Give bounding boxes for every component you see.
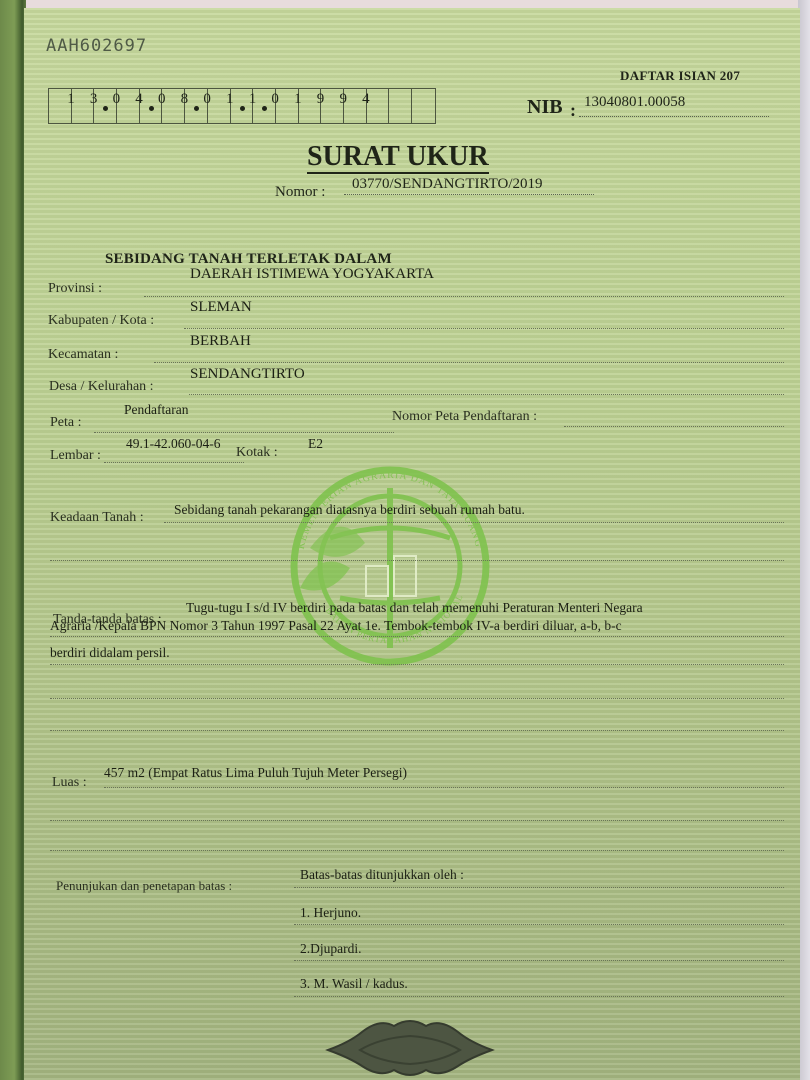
kementerian-agraria-emblem-icon: KEMENTERIAN AGRARIA DAN TATA RUANG BADAN… — [270, 448, 510, 684]
separator-dot-icon — [194, 106, 199, 111]
registration-digit-cell: 1 — [49, 89, 72, 123]
person-2: 2.Djupardi. — [300, 941, 362, 957]
provinsi-label: Provinsi : — [48, 281, 102, 297]
tanda-batas-rule-3 — [50, 698, 784, 699]
serial-number: AAH602697 — [46, 36, 147, 56]
registration-digit-cell: 1 — [231, 89, 254, 123]
registration-digit-cell: 4 — [344, 89, 367, 123]
person-3-line — [294, 996, 784, 997]
luas-rule-2 — [50, 820, 784, 821]
luas-value: 457 m2 (Empat Ratus Lima Puluh Tujuh Met… — [104, 765, 407, 781]
penunjukan-line — [294, 887, 784, 888]
provinsi-line — [144, 296, 784, 297]
luas-rule-3 — [50, 850, 784, 851]
registration-digit-cell: 9 — [321, 89, 344, 123]
document-title: SURAT UKUR — [307, 142, 489, 174]
separator-dot-icon — [149, 106, 154, 111]
registration-digit-cell: 4 — [117, 89, 140, 123]
ornamental-seal-icon — [320, 1014, 500, 1080]
registration-digit-cell: 9 — [299, 89, 322, 123]
nib-underline — [579, 116, 769, 117]
person-3: 3. M. Wasil / kadus. — [300, 976, 408, 992]
tanda-batas-line-2: Agraria /Kepala BPN Nomor 3 Tahun 1997 P… — [50, 618, 622, 634]
kabupaten-label: Kabupaten / Kota : — [48, 313, 154, 329]
registration-digit-cell: 0 — [185, 89, 208, 123]
nib-colon: : — [570, 100, 576, 121]
nib-label: NIB — [527, 96, 563, 119]
kabupaten-value: SLEMAN — [190, 299, 252, 316]
registration-digit-cell: 0 — [140, 89, 163, 123]
tanda-batas-line-3: berdiri didalam persil. — [50, 645, 170, 661]
kecamatan-label: Kecamatan : — [48, 347, 118, 363]
luas-label: Luas : — [52, 775, 87, 791]
registration-empty-cell — [367, 89, 390, 123]
separator-dot-icon — [262, 106, 267, 111]
registration-digit-cell: 1 — [208, 89, 231, 123]
penunjukan-intro: Batas-batas ditunjukkan oleh : — [300, 867, 464, 883]
person-1: 1. Herjuno. — [300, 905, 361, 921]
tanda-batas-rule-4 — [50, 730, 784, 731]
tanda-batas-rule-1 — [50, 636, 784, 637]
registration-digit-cell: 3 — [72, 89, 95, 123]
person-1-line — [294, 924, 784, 925]
lembar-label: Lembar : — [50, 448, 101, 464]
nib-value: 13040801.00058 — [584, 94, 685, 111]
tanda-batas-line-1: Tugu-tugu I s/d IV berdiri pada batas da… — [186, 600, 643, 616]
registration-number-box: 13040801101994 — [48, 88, 436, 124]
penunjukan-label: Penunjukan dan penetapan batas : — [56, 878, 232, 894]
peta-line — [94, 432, 394, 433]
form-code: DAFTAR ISIAN 207 — [620, 68, 740, 84]
keadaan-tanah-value: Sebidang tanah pekarangan diatasnya berd… — [174, 502, 525, 518]
desa-label: Desa / Kelurahan : — [49, 379, 154, 395]
nomor-peta-label: Nomor Peta Pendaftaran : — [392, 409, 537, 425]
keadaan-tanah-label: Keadaan Tanah : — [50, 510, 144, 526]
nomor-underline — [344, 194, 594, 195]
provinsi-value: DAERAH ISTIMEWA YOGYAKARTA — [190, 266, 434, 283]
keadaan-tanah-line-2 — [50, 560, 784, 561]
lembar-line — [104, 462, 244, 463]
separator-dot-icon — [103, 106, 108, 111]
kecamatan-line — [154, 362, 784, 363]
peta-value: Pendaftaran — [124, 402, 188, 418]
person-2-line — [294, 960, 784, 961]
kabupaten-line — [184, 328, 784, 329]
nomor-peta-line — [564, 426, 784, 427]
desa-line — [189, 394, 784, 395]
separator-dot-icon — [240, 106, 245, 111]
nomor-value: 03770/SENDANGTIRTO/2019 — [352, 176, 543, 193]
nomor-label: Nomor : — [275, 184, 325, 201]
registration-digit-cell: 8 — [162, 89, 185, 123]
tanda-batas-rule-2 — [50, 664, 784, 665]
registration-empty-cell — [412, 89, 435, 123]
keadaan-tanah-line — [164, 522, 784, 523]
booklet-spine — [0, 0, 26, 1080]
kecamatan-value: BERBAH — [190, 333, 251, 350]
peta-label: Peta : — [50, 415, 82, 431]
registration-empty-cell — [389, 89, 412, 123]
desa-value: SENDANGTIRTO — [190, 366, 305, 383]
document-page: AAH602697 13040801101994 DAFTAR ISIAN 20… — [24, 8, 800, 1080]
registration-digit-cell: 0 — [94, 89, 117, 123]
luas-line — [104, 787, 784, 788]
lembar-value: 49.1-42.060-04-6 — [126, 436, 221, 452]
registration-digit-cell: 0 — [253, 89, 276, 123]
registration-digit-cell: 1 — [276, 89, 299, 123]
